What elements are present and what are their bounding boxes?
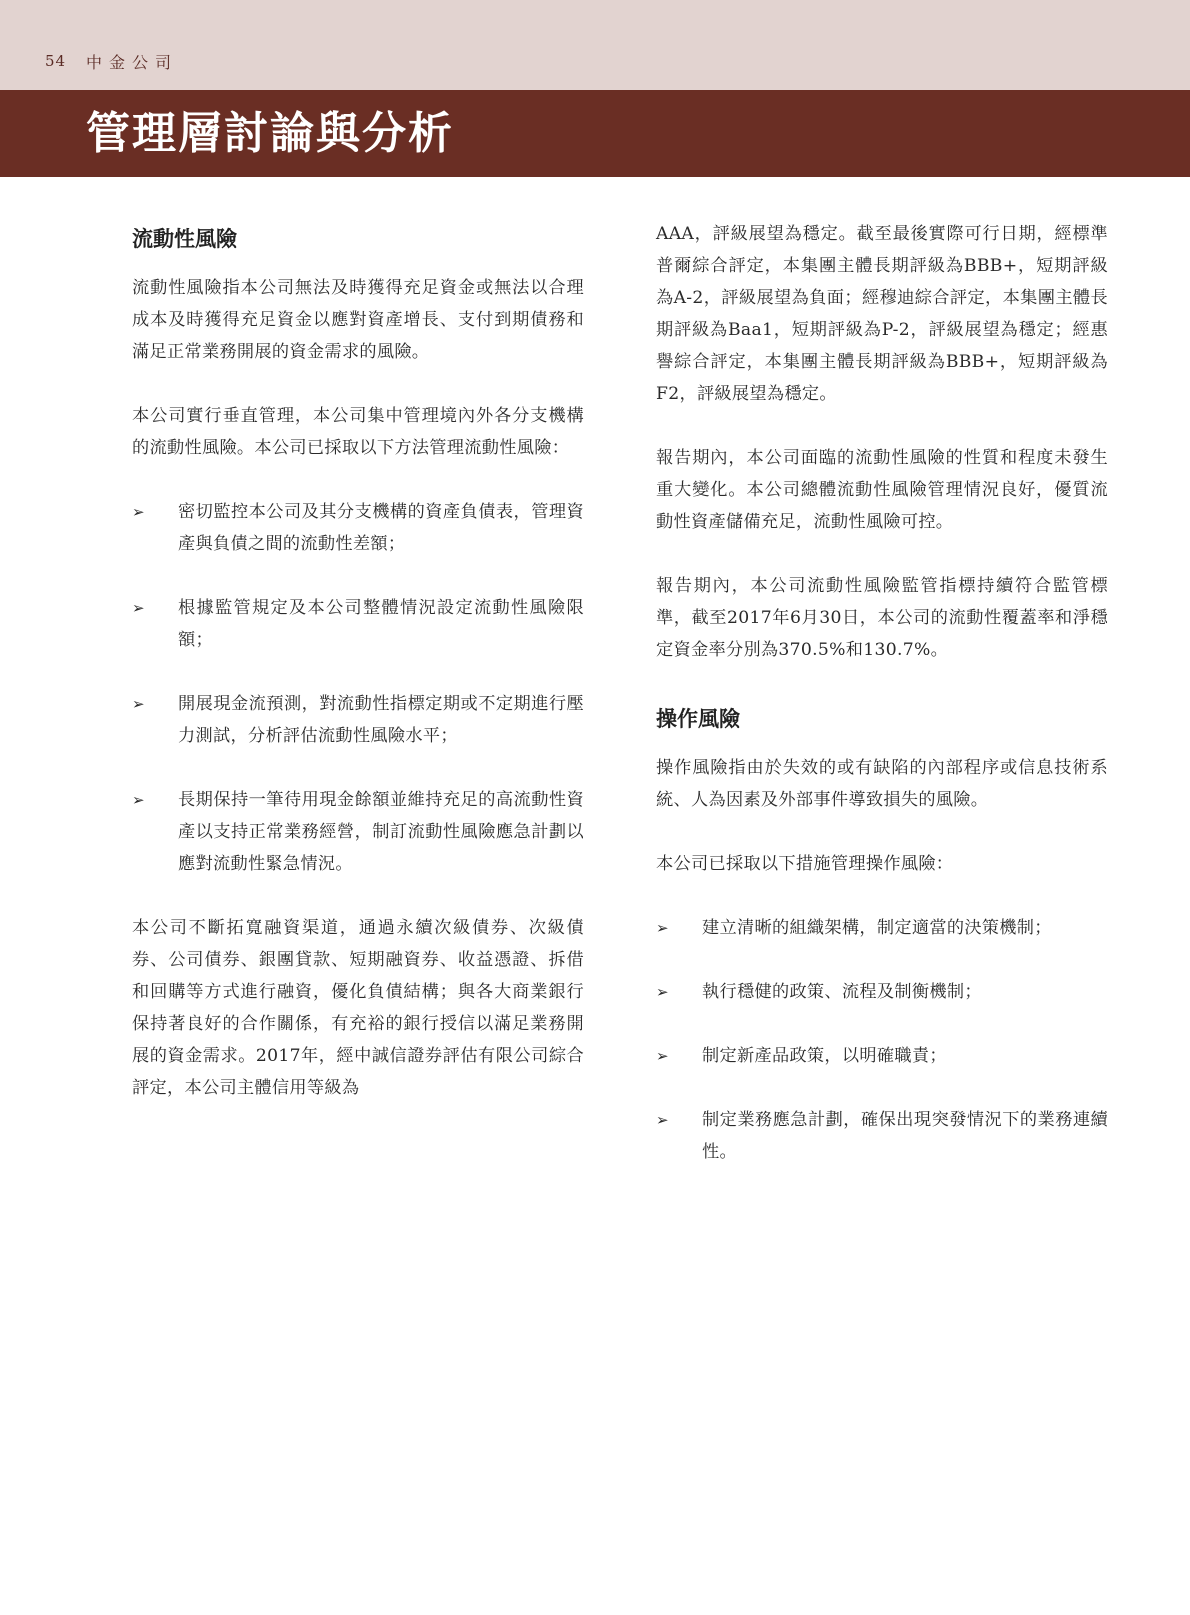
arrow-bullet-icon: ➢ xyxy=(656,1104,669,1136)
page-number: 54 xyxy=(45,52,66,70)
list-item: ➢制定業務應急計劃，確保出現突發情況下的業務連續性。 xyxy=(656,1104,1108,1168)
paragraph: 本公司實行垂直管理，本公司集中管理境內外各分支機構的流動性風險。本公司已採取以下… xyxy=(132,400,584,464)
paragraph: 本公司不斷拓寬融資渠道，通過永續次級債券、次級債券、公司債券、銀團貸款、短期融資… xyxy=(132,912,584,1104)
list-item: ➢建立清晰的組織架構，制定適當的決策機制； xyxy=(656,912,1108,944)
arrow-bullet-icon: ➢ xyxy=(656,1040,669,1072)
company-name: 中金公司 xyxy=(86,50,178,73)
bullet-list: ➢密切監控本公司及其分支機構的資產負債表，管理資產與負債之間的流動性差額； ➢根… xyxy=(132,496,584,880)
paragraph: 本公司已採取以下措施管理操作風險： xyxy=(656,848,1108,880)
section-title-liquidity-risk: 流動性風險 xyxy=(132,218,584,260)
arrow-bullet-icon: ➢ xyxy=(132,784,145,816)
section-title-operational-risk: 操作風險 xyxy=(656,698,1108,740)
list-item: ➢開展現金流預測，對流動性指標定期或不定期進行壓力測試，分析評估流動性風險水平； xyxy=(132,688,584,752)
right-column: AAA，評級展望為穩定。截至最後實際可行日期，經標準普爾綜合評定，本集團主體長期… xyxy=(656,218,1108,1200)
list-item: ➢制定新產品政策，以明確職責； xyxy=(656,1040,1108,1072)
bullet-list: ➢建立清晰的組織架構，制定適當的決策機制； ➢執行穩健的政策、流程及制衡機制； … xyxy=(656,912,1108,1168)
arrow-bullet-icon: ➢ xyxy=(132,688,145,720)
header-band xyxy=(0,0,1190,90)
list-item: ➢密切監控本公司及其分支機構的資產負債表，管理資產與負債之間的流動性差額； xyxy=(132,496,584,560)
arrow-bullet-icon: ➢ xyxy=(656,976,669,1008)
page-title: 管理層討論與分析 xyxy=(86,108,454,160)
arrow-bullet-icon: ➢ xyxy=(132,592,145,624)
paragraph: AAA，評級展望為穩定。截至最後實際可行日期，經標準普爾綜合評定，本集團主體長期… xyxy=(656,218,1108,410)
left-column: 流動性風險 流動性風險指本公司無法及時獲得充足資金或無法以合理成本及時獲得充足資… xyxy=(132,218,584,1136)
paragraph: 報告期內，本公司面臨的流動性風險的性質和程度未發生重大變化。本公司總體流動性風險… xyxy=(656,442,1108,538)
paragraph: 操作風險指由於失效的或有缺陷的內部程序或信息技術系統、人為因素及外部事件導致損失… xyxy=(656,752,1108,816)
paragraph: 流動性風險指本公司無法及時獲得充足資金或無法以合理成本及時獲得充足資金以應對資產… xyxy=(132,272,584,368)
arrow-bullet-icon: ➢ xyxy=(132,496,145,528)
list-item: ➢根據監管規定及本公司整體情況設定流動性風險限額； xyxy=(132,592,584,656)
arrow-bullet-icon: ➢ xyxy=(656,912,669,944)
paragraph: 報告期內，本公司流動性風險監管指標持續符合監管標準，截至2017年6月30日，本… xyxy=(656,570,1108,666)
list-item: ➢執行穩健的政策、流程及制衡機制； xyxy=(656,976,1108,1008)
list-item: ➢長期保持一筆待用現金餘額並維持充足的高流動性資產以支持正常業務經營，制訂流動性… xyxy=(132,784,584,880)
